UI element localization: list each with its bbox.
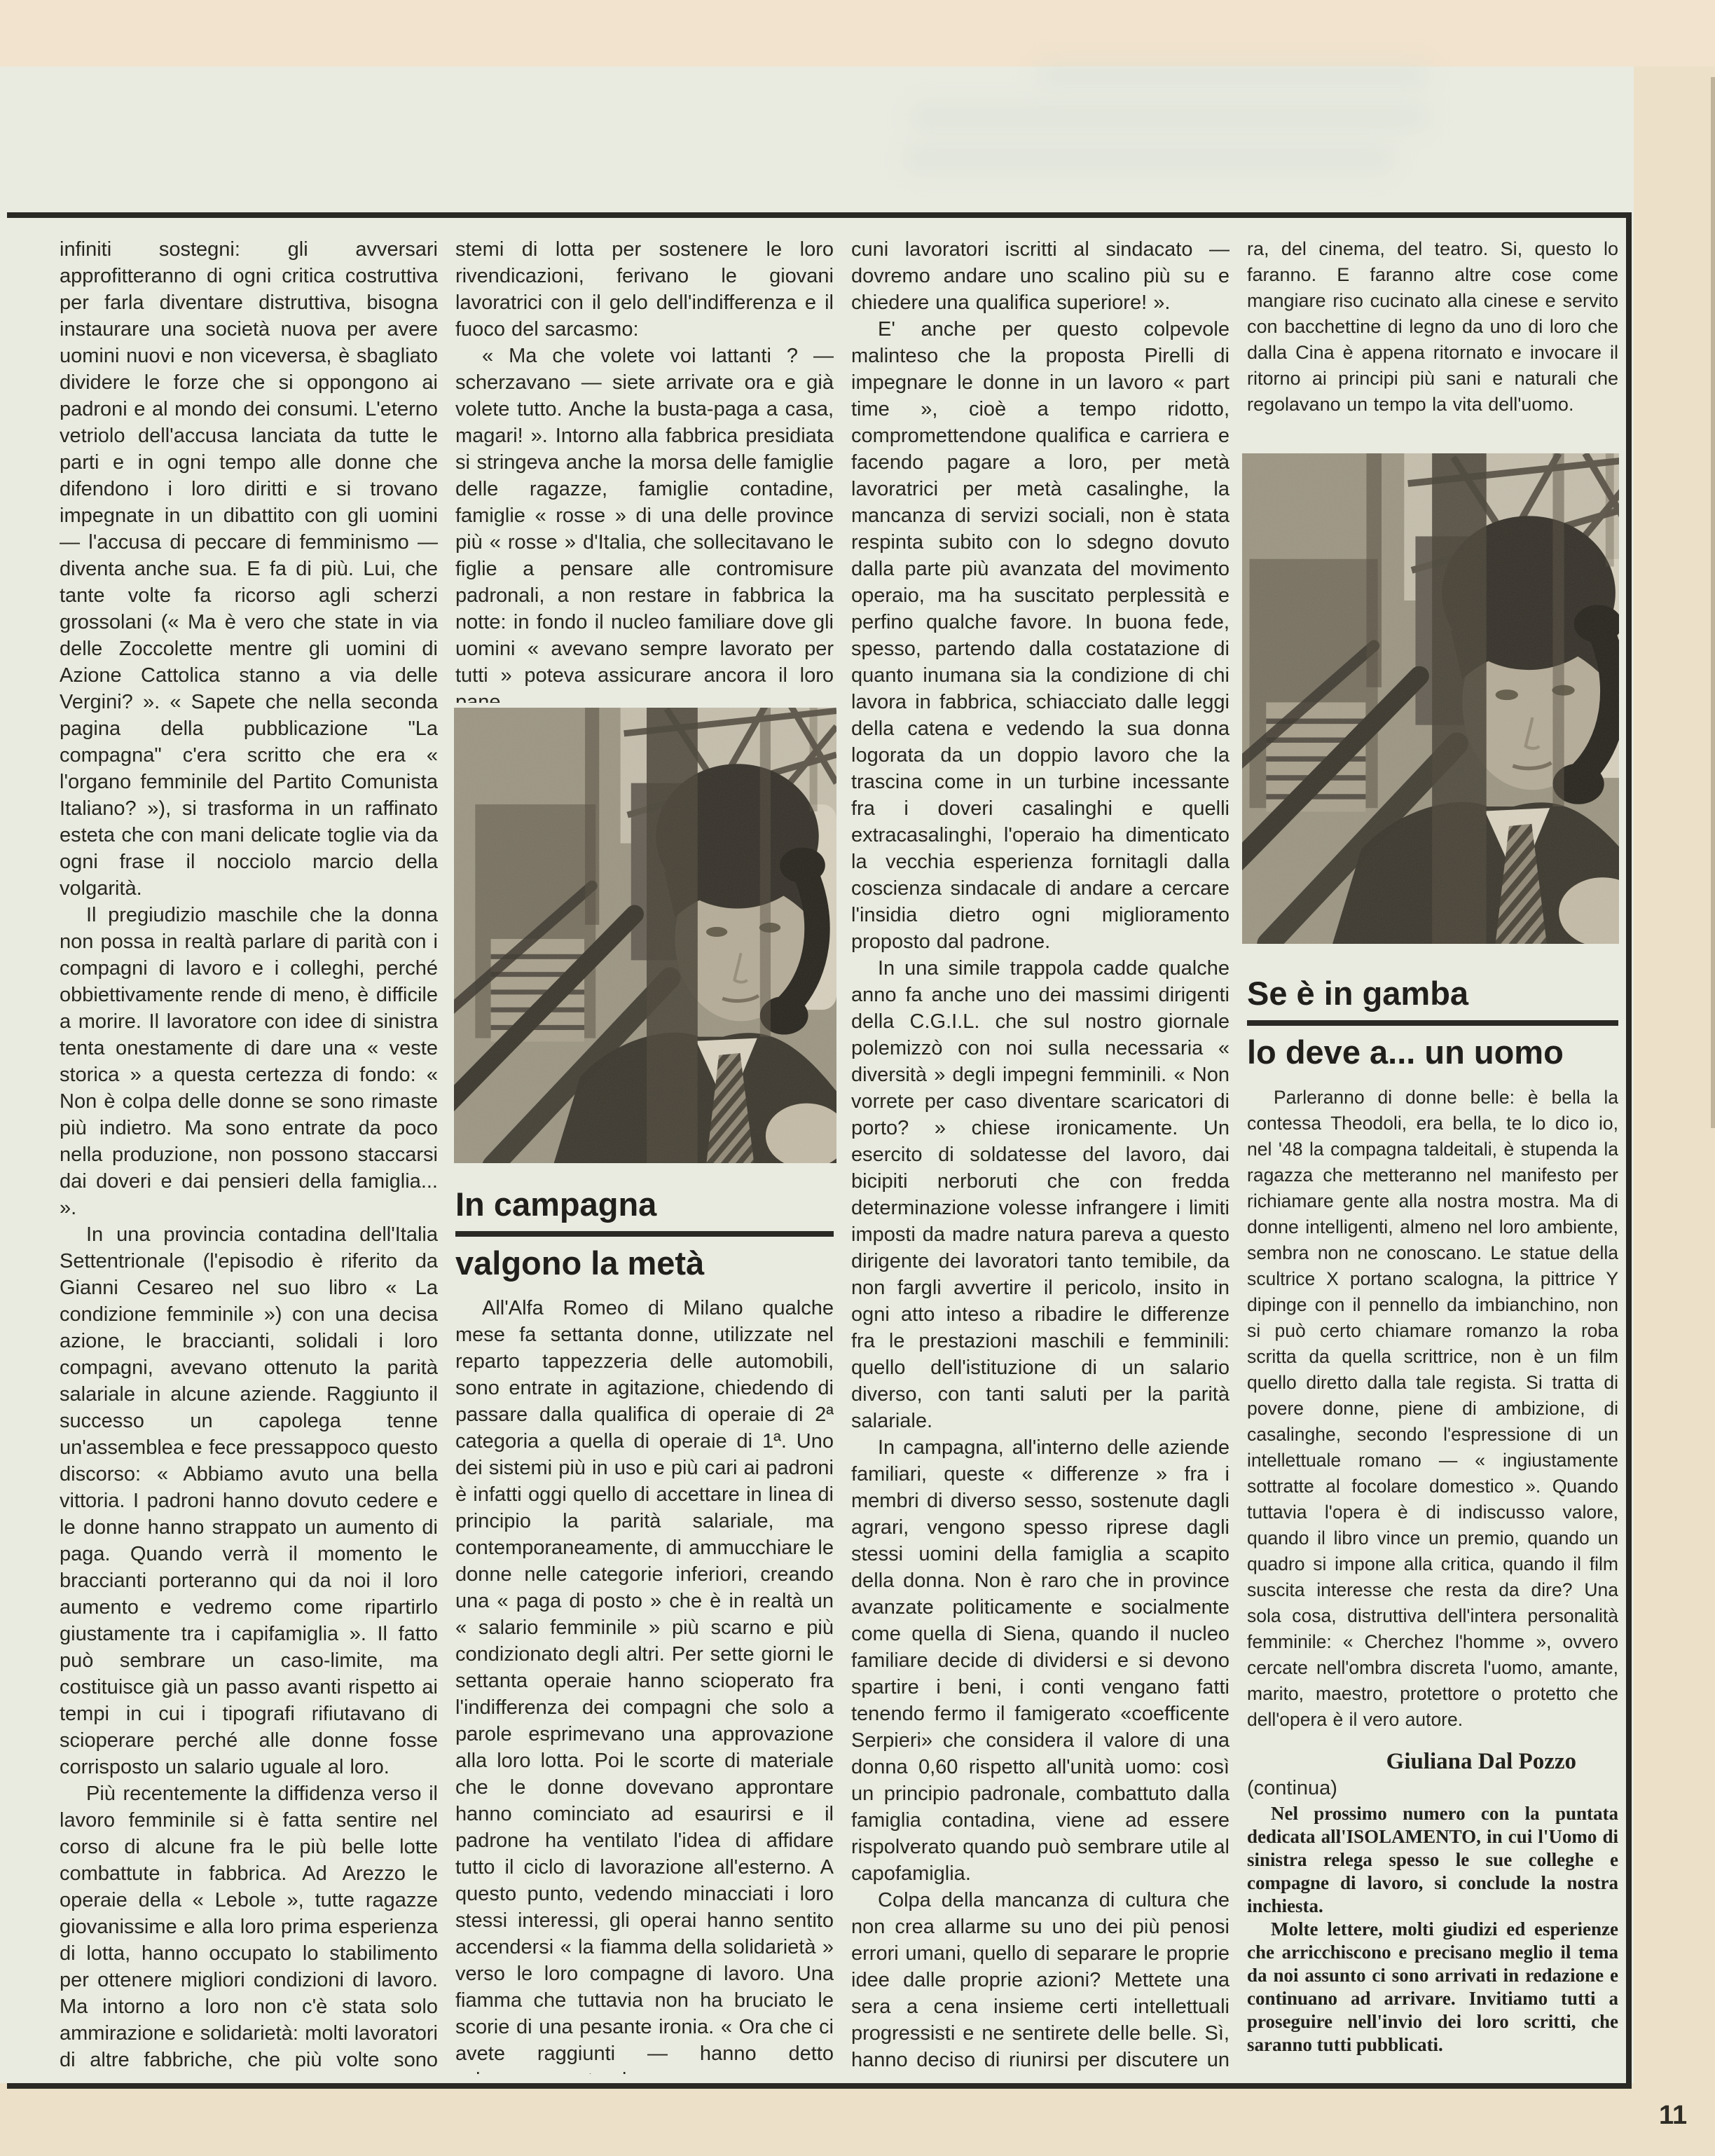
headline-se-e-in-gamba: Se è in gamba lo deve a... un uomo	[1247, 975, 1618, 1070]
paragraph: In una simile trappola cadde qualche ann…	[851, 955, 1230, 1434]
continua-note: (continua)	[1247, 1777, 1618, 1800]
paragraph: All'Alfa Romeo di Milano qualche mese fa…	[455, 1295, 834, 2074]
paragraph: In una provincia contadina dell'Italia S…	[60, 1221, 438, 1780]
paragraph: E' anche per questo colpevole malinteso …	[851, 316, 1230, 955]
text-column-3: cuni lavoratori iscritti al sindacato — …	[851, 236, 1230, 2075]
author-byline: Giuliana Dal Pozzo	[1247, 1749, 1618, 1775]
text-column-1: infiniti sostegni: gli avversari approfi…	[60, 236, 438, 2078]
frame-rule-top	[7, 212, 1631, 218]
headline-line: In campagna	[455, 1186, 834, 1237]
headline-in-campagna: In campagna valgono la metà	[455, 1186, 834, 1281]
paragraph: Molte lettere, molti giudizi ed esperien…	[1247, 1918, 1618, 2057]
text-column-4-top: ra, del cinema, del teatro. Si, questo l…	[1247, 236, 1618, 438]
headline-line: valgono la metà	[455, 1245, 834, 1282]
paragraph: Più recentemente la diffidenza verso il …	[60, 1780, 438, 2078]
page-number: 11	[1659, 2101, 1687, 2131]
print-bleedthrough	[1037, 63, 1429, 87]
paragraph: ra, del cinema, del teatro. Si, questo l…	[1247, 236, 1618, 418]
paragraph: « Ma che volete voi lattanti ? — scherza…	[455, 343, 834, 703]
paragraph: stemi di lotta per sostenere le loro riv…	[455, 236, 834, 343]
paragraph: cuni lavoratori iscritti al sindacato — …	[851, 236, 1230, 316]
paragraph: Nel prossimo numero con la puntata dedic…	[1247, 1802, 1618, 1918]
photo-man-on-telephone	[1242, 453, 1619, 944]
frame-rule-right	[1626, 212, 1632, 2089]
paragraph: Il pregiudizio maschile che la donna non…	[60, 902, 438, 1221]
paragraph: Parleranno di donne belle: è bella la co…	[1247, 1085, 1618, 1733]
scan-edge-shadow	[1711, 77, 1715, 1128]
frame-rule-bottom	[7, 2083, 1632, 2089]
paragraph: Colpa della mancanza di cultura che non …	[851, 1887, 1230, 2075]
text-column-4-body: Parleranno di donne belle: è bella la co…	[1247, 1085, 1618, 1756]
paragraph: infiniti sostegni: gli avversari approfi…	[60, 236, 438, 902]
editorial-closing-note: Nel prossimo numero con la puntata dedic…	[1247, 1802, 1618, 2080]
headline-line: Se è in gamba	[1247, 975, 1618, 1026]
paragraph: In campagna, all'interno delle aziende f…	[851, 1434, 1230, 1887]
text-column-2-top: stemi di lotta per sostenere le loro riv…	[455, 236, 834, 703]
print-bleedthrough	[911, 104, 1429, 130]
headline-line: lo deve a... un uomo	[1247, 1034, 1618, 1071]
magazine-page: infiniti sostegni: gli avversari approfi…	[0, 0, 1715, 2156]
photo-man-on-telephone	[454, 708, 836, 1163]
paper-top-band	[0, 0, 1715, 67]
text-column-2-body: All'Alfa Romeo di Milano qualche mese fa…	[455, 1295, 834, 2074]
print-bleedthrough	[904, 146, 1394, 172]
